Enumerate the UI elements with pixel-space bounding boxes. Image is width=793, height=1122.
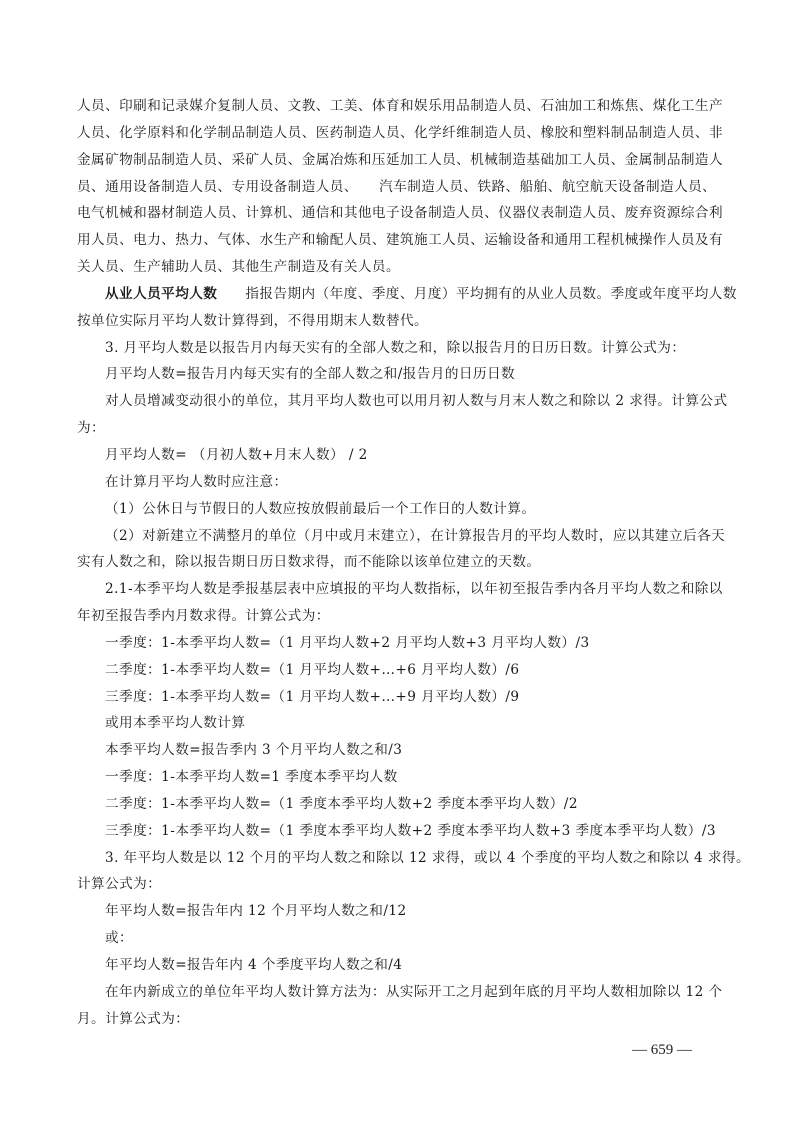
formula-line: 月平均人数= （月初人数+月末人数） / 2 [77, 442, 719, 469]
formula-line: 月平均人数=报告月内每天实有的全部人数之和/报告月的日历日数 [77, 361, 719, 388]
formula-line: 本季平均人数=报告季内 3 个月平均人数之和/3 [77, 737, 719, 764]
text-line: 电气机械和器材制造人员、计算机、通信和其他电子设备制造人员、仪器仪表制造人员、废… [77, 200, 719, 227]
text-line: 3. 年平均人数是以 12 个月的平均人数之和除以 12 求得，或以 4 个季度… [77, 845, 719, 872]
text-line: 金属矿物制品制造人员、采矿人员、金属冶炼和压延加工人员、机械制造基础加工人员、金… [77, 147, 719, 174]
formula-line: 年平均人数=报告年内 12 个月平均人数之和/12 [77, 898, 719, 925]
note-item: （2）对新建立不满整月的单位（月中或月末建立），在计算报告月的平均人数时，应以其… [77, 523, 719, 550]
text-line: 人员、印刷和记录媒介复制人员、文教、工美、体育和娱乐用品制造人员、石油加工和炼焦… [77, 93, 719, 120]
text-line: 按单位实际月平均人数计算得到，不得用期末人数替代。 [77, 308, 719, 335]
page-number: — 659 — [632, 1042, 692, 1059]
text-line: 2.1-本季平均人数是季报基层表中应填报的平均人数指标，以年初至报告季内各月平均… [77, 576, 719, 603]
formula-line: 二季度：1-本季平均人数=（1 月平均人数+…+6 月平均人数）/6 [77, 657, 719, 684]
text-line: 或用本季平均人数计算 [77, 710, 719, 737]
text-line: 员、通用设备制造人员、专用设备制造人员、 汽车制造人员、铁路、船舶、航空航天设备… [77, 174, 719, 201]
definition-line: 从业人员平均人数指报告期内（年度、季度、月度）平均拥有的从业人员数。季度或年度平… [77, 281, 719, 308]
text-line: 在年内新成立的单位年平均人数计算方法为：从实际开工之月起到年底的月平均人数相加除… [77, 979, 719, 1006]
text-line: 年初至报告季内月数求得。计算公式为： [77, 603, 719, 630]
text-line: 在计算月平均人数时应注意： [77, 469, 719, 496]
text-line: 用人员、电力、热力、气体、水生产和输配人员、建筑施工人员、运输设备和通用工程机械… [77, 227, 719, 254]
text-line: 为： [77, 415, 719, 442]
formula-line: 二季度：1-本季平均人数=（1 季度本季平均人数+2 季度本季平均人数）/2 [77, 791, 719, 818]
text-line: 实有人数之和，除以报告期日历日数求得，而不能除以该单位建立的天数。 [77, 549, 719, 576]
formula-line: 一季度：1-本季平均人数=（1 月平均人数+2 月平均人数+3 月平均人数）/3 [77, 630, 719, 657]
text-line: 月。计算公式为： [77, 1006, 719, 1033]
text-line: 人员、化学原料和化学制品制造人员、医药制造人员、化学纤维制造人员、橡胶和塑料制品… [77, 120, 719, 147]
text-line: 3. 月平均人数是以报告月内每天实有的全部人数之和，除以报告月的日历日数。计算公… [77, 335, 719, 362]
note-item: （1）公休日与节假日的人数应按放假前最后一个工作日的人数计算。 [77, 496, 719, 523]
document-body: 人员、印刷和记录媒介复制人员、文教、工美、体育和娱乐用品制造人员、石油加工和炼焦… [77, 93, 719, 1033]
text-line: 或： [77, 925, 719, 952]
formula-line: 三季度：1-本季平均人数=（1 月平均人数+…+9 月平均人数）/9 [77, 684, 719, 711]
text-line: 对人员增减变动很小的单位，其月平均人数也可以用月初人数与月末人数之和除以 2 求… [77, 388, 719, 415]
term-heading: 从业人员平均人数 [105, 286, 217, 302]
formula-line: 年平均人数=报告年内 4 个季度平均人数之和/4 [77, 952, 719, 979]
text-line: 计算公式为： [77, 871, 719, 898]
formula-line: 一季度：1-本季平均人数=1 季度本季平均人数 [77, 764, 719, 791]
formula-line: 三季度：1-本季平均人数=（1 季度本季平均人数+2 季度本季平均人数+3 季度… [77, 818, 719, 845]
definition-text: 指报告期内（年度、季度、月度）平均拥有的从业人员数。季度或年度平均人数 [245, 286, 737, 302]
text-line: 关人员、生产辅助人员、其他生产制造及有关人员。 [77, 254, 719, 281]
